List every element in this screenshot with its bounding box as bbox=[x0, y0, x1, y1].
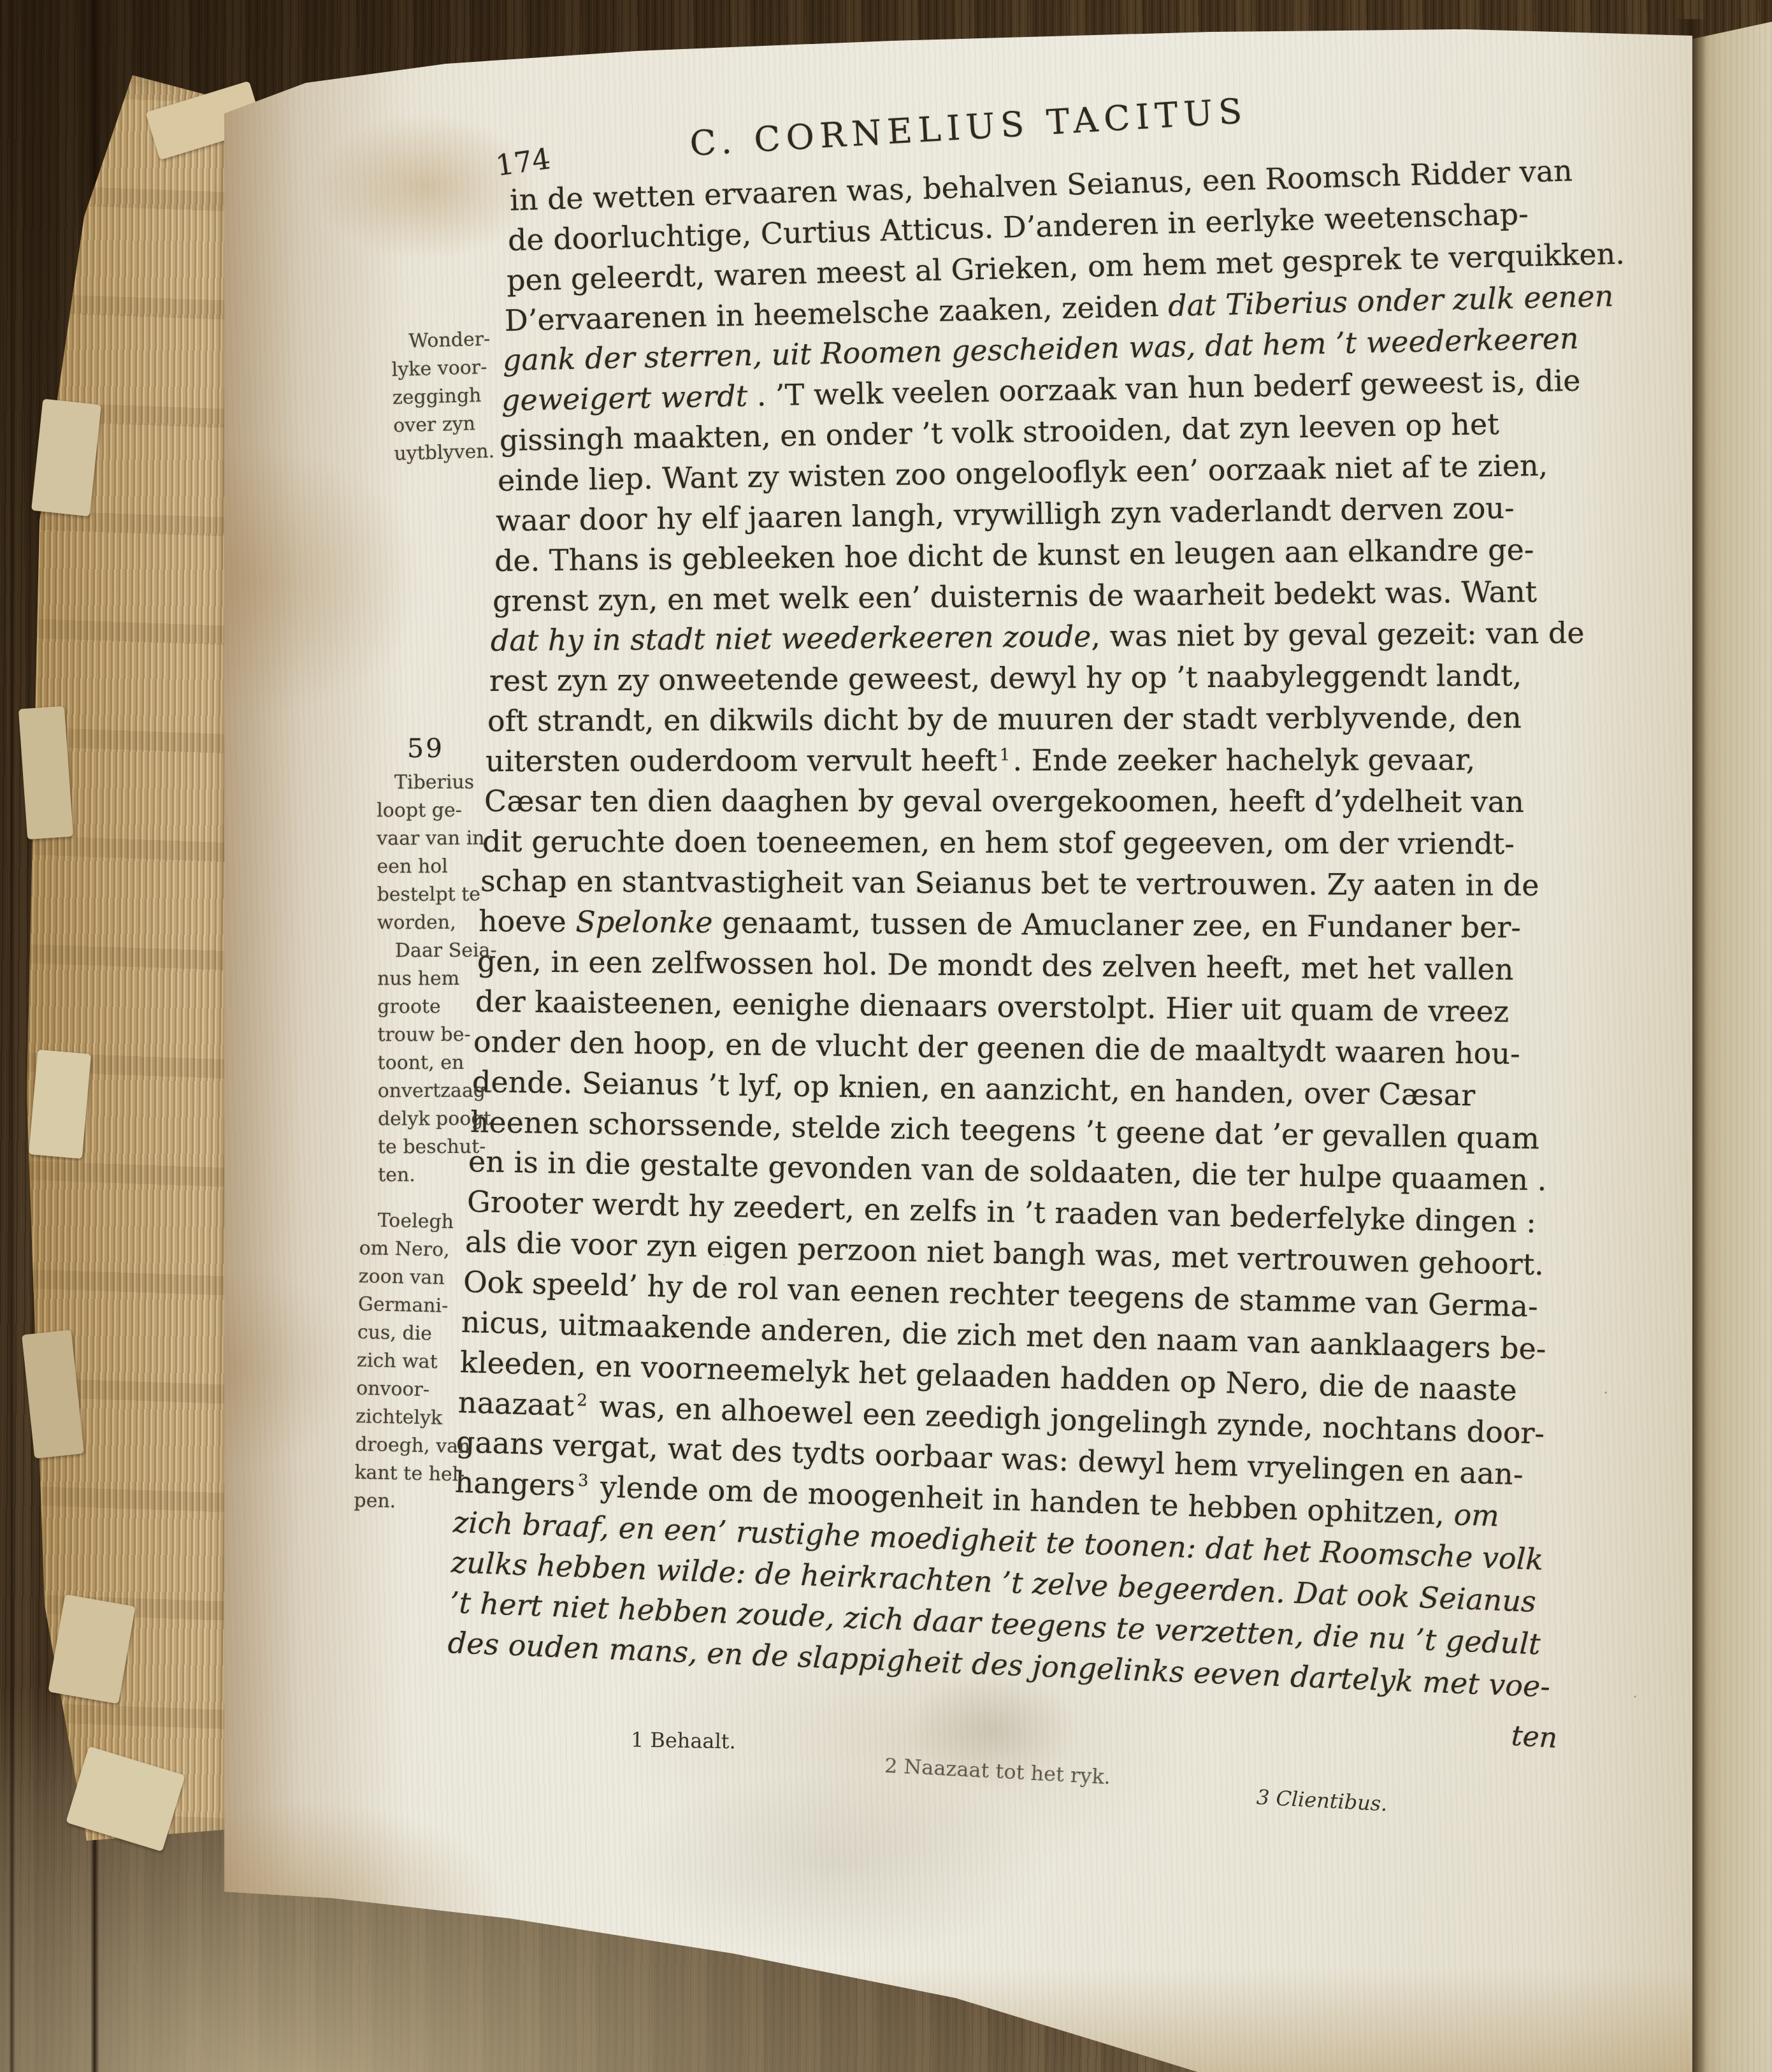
text-segment: Cæsar ten dien daaghen by geval overgeko… bbox=[484, 784, 1523, 819]
text-segment: dit geruchte doen toeneemen, en hem stof… bbox=[482, 824, 1515, 861]
margin-note-1: Wonder-lyke voor-zegginghover zynuytblyv… bbox=[391, 324, 525, 468]
footnote-marker: 1 bbox=[631, 1728, 651, 1753]
torn-page-edge bbox=[18, 706, 73, 840]
margin-note-line: loopt ge- bbox=[377, 797, 507, 825]
footnote-1: 1Behaalt. bbox=[631, 1728, 736, 1754]
footnote-marker: 3 bbox=[1256, 1785, 1276, 1811]
catchword: ten bbox=[1511, 1720, 1559, 1755]
text-segment: . Ende zeeker hachelyk gevaar, bbox=[1013, 743, 1476, 778]
margin-note-2: 59Tiberiusloopt ge-vaar van ineen holbes… bbox=[377, 734, 508, 1190]
margin-note-3: Toeleghom Nero,zoon vanGermani-cus, diez… bbox=[354, 1206, 491, 1518]
margin-note-line: pen. bbox=[354, 1487, 485, 1518]
margin-note-line: te beschut- bbox=[378, 1133, 508, 1162]
margin-note-line: ten. bbox=[378, 1161, 508, 1190]
margin-note-line: zichtelyk bbox=[356, 1403, 487, 1433]
wood-plank-seam bbox=[9, 0, 15, 2072]
margin-note-line: uytblyven. bbox=[394, 437, 525, 468]
margin-note-line: Tiberius bbox=[377, 769, 507, 797]
margin-note-line: Wonder- bbox=[391, 324, 522, 356]
text-line: Cæsar ten dien daaghen by geval overgeko… bbox=[484, 784, 1523, 819]
margin-note-line: lyke voor- bbox=[391, 352, 522, 384]
margin-note-line: worden, bbox=[377, 909, 508, 938]
margin-note-line: droegh, van bbox=[355, 1431, 486, 1461]
margin-note-line: zeggingh bbox=[392, 380, 523, 412]
margin-note-line: onvertzaag- bbox=[378, 1077, 508, 1106]
text-segment: geweigert werdt bbox=[501, 379, 747, 417]
margin-note-line: Germani- bbox=[357, 1291, 489, 1321]
text-segment: genaamt, tussen de Amuclaner zee, en Fun… bbox=[713, 906, 1521, 945]
text-segment: om bbox=[1453, 1497, 1499, 1533]
footnote-text: Behaalt. bbox=[650, 1728, 736, 1753]
torn-page-edge bbox=[29, 1050, 91, 1159]
text-line: schap en stantvastigheit van Seianus bet… bbox=[480, 864, 1539, 902]
margin-note-line: vaar van in bbox=[377, 825, 507, 853]
footnote-reference: 3 bbox=[575, 1471, 591, 1491]
margin-note-line: groote bbox=[377, 993, 508, 1022]
margin-note-line: over zyn bbox=[393, 409, 524, 440]
section-number: 59 bbox=[377, 734, 507, 763]
text-segment: schap en stantvastigheit van Seianus bet… bbox=[480, 864, 1539, 902]
margin-note-line: zoon van bbox=[358, 1263, 489, 1293]
margin-note-line: bestelpt te bbox=[377, 881, 508, 909]
text-segment: oft strandt, en dikwils dicht by de muur… bbox=[487, 700, 1522, 738]
text-line: oft strandt, en dikwils dicht by de muur… bbox=[487, 700, 1522, 738]
margin-note-line: onvoor- bbox=[356, 1375, 487, 1405]
text-segment: rest zyn zy onweetende geweest, dewyl hy… bbox=[489, 658, 1522, 698]
photo-scene: C. CORNELIUS TACITUS 174 in de wetten er… bbox=[0, 0, 1772, 2072]
torn-page-edge bbox=[31, 399, 101, 517]
text-line: dit geruchte doen toeneemen, en hem stof… bbox=[482, 824, 1515, 861]
margin-note-line: een hol bbox=[377, 853, 507, 881]
text-segment: , was niet by geval gezeit: van de bbox=[1091, 616, 1585, 654]
margin-note-line: cus, die bbox=[357, 1319, 488, 1349]
text-line: rest zyn zy onweetende geweest, dewyl hy… bbox=[489, 658, 1522, 698]
margin-note-line: nus hem bbox=[377, 965, 508, 994]
text-line: hoeve Spelonke genaamt, tussen de Amucla… bbox=[479, 904, 1521, 945]
margin-note-line: Toelegh bbox=[359, 1206, 491, 1237]
margin-note-line: delyk poogt bbox=[378, 1105, 508, 1134]
margin-note-line: kant te hel- bbox=[354, 1459, 486, 1489]
margin-note-line: om Nero, bbox=[359, 1235, 490, 1265]
text-segment: Spelonke bbox=[576, 904, 714, 939]
book-page: C. CORNELIUS TACITUS 174 in de wetten er… bbox=[0, 0, 1772, 2072]
footnote-marker: 2 bbox=[884, 1753, 904, 1779]
margin-note-line: zich wat bbox=[357, 1347, 488, 1377]
footnote-reference: 2 bbox=[574, 1390, 590, 1410]
text-line: uitersten ouderdoom vervult heeft1. Ende… bbox=[486, 743, 1476, 778]
margin-note-line: trouw be- bbox=[377, 1021, 508, 1050]
text-segment: dat hy in stadt niet weederkeeren zoude bbox=[491, 619, 1091, 658]
margin-note-line: toont, en bbox=[377, 1049, 508, 1078]
text-segment: uitersten ouderdoom vervult heeft bbox=[486, 743, 997, 778]
margin-note-line: Daar Seia- bbox=[377, 937, 508, 966]
footnote-reference: 1 bbox=[997, 745, 1013, 764]
